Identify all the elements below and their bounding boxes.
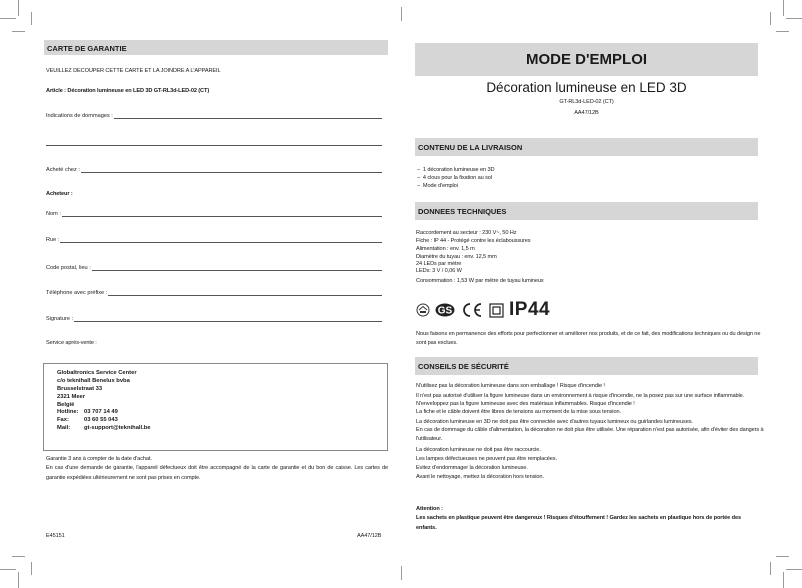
tuv-icon [416,303,430,317]
safety-item: N'utilisez pas la décoration lumineuse d… [416,382,786,390]
product-code: AA47/12B [415,109,758,117]
spec-item: Diamètre du tuyau : env. 12,5 mm [416,253,544,261]
svg-text:GS: GS [438,306,453,317]
after-sales-label: Service après-vente : [46,339,97,347]
ce-mark-icon [460,302,484,318]
hotline-value: 03 707 14 49 [84,408,118,416]
guarantee-conditions: En cas d'une demande de garantie, l'appa… [46,463,388,483]
delivery-item: – 1 décoration lumineuse en 3D [417,166,494,174]
safety-item: Il n'est pas autorisé d'utiliser la figu… [416,392,786,400]
safety-item: La décoration lumineuse ne doit pas être… [416,446,786,454]
product-model: GT-RL3d-LED-02 (CT) [415,98,758,106]
design-disclaimer: Nous faisons en permanence des efforts p… [416,330,761,347]
footer-article-code: E45151 [46,532,65,540]
spec-list: Raccordement au secteur : 230 V~, 50 Hz … [416,229,544,285]
delivery-item: – Mode d'emploi [417,182,494,190]
spec-item: Consommation : 1,53 W par mètre de tuyau… [416,277,544,285]
safety-heading: CONSEILS DE SÉCURITÉ [415,357,758,375]
spec-item: Raccordement au secteur : 230 V~, 50 Hz [416,229,544,237]
manual-page: MODE D'EMPLOI Décoration lumineuse en LE… [400,0,802,588]
class-ii-icon [489,303,504,318]
safety-item: La fiche et le câble doivent être libres… [416,408,786,416]
name-label: Nom : [46,211,61,217]
buyer-heading: Acheteur : [46,190,73,198]
signature-field[interactable]: Signature : [46,315,382,322]
service-line: Brusselstraat 33 [57,385,151,393]
safety-item: Avant le nettoyage, mettez la décoration… [416,473,786,481]
signature-label: Signature : [46,316,73,322]
certification-icons: GS IP44 [416,299,550,321]
phone-label: Téléphone avec préfixe : [46,290,107,296]
warranty-card-page: CARTE DE GARANTIE VEUILLEZ DECOUPER CETT… [0,0,400,588]
service-line: Globaltronics Service Center [57,369,151,377]
fax-value: 03 60 55 043 [84,416,118,424]
spec-item: LEDs: 3 V / 0,06 W [416,268,544,275]
technical-heading: DONNEES TECHNIQUES [415,202,758,220]
street-field[interactable]: Rue : [46,236,382,243]
street-label: Rue : [46,237,59,243]
attention-text: Les sachets en plastique peuvent être da… [416,513,761,533]
safety-item: En cas de dommage du câble d'alimentatio… [416,426,786,444]
fax-label: Fax: [57,416,84,424]
postal-label: Code postal, lieu : [46,265,91,271]
mail-row: Mail: gt-support@teknihall.be [57,424,151,432]
manual-heading: MODE D'EMPLOI [415,43,758,76]
product-title: Décoration lumineuse en LED 3D [415,80,758,95]
damages-label: Indications de dommages : [46,113,113,119]
safety-item: Evitez d'endommager la décoration lumine… [416,464,786,472]
safety-item: La décoration lumineuse en 3D ne doit pa… [416,418,786,426]
cut-instruction: VEUILLEZ DECOUPER CETTE CARTE ET LA JOIN… [46,67,221,75]
damages-field[interactable]: Indications de dommages : [46,112,382,119]
safety-item: Les lampes défectueuses ne peuvent pas ê… [416,455,786,463]
fax-row: Fax: 03 60 55 043 [57,416,151,424]
article-line: Article : Décoration lumineuse en LED 3D… [46,87,209,95]
safety-item: N'enveloppez pas la figure lumineuse ave… [416,400,786,408]
safety-list: N'utilisez pas la décoration lumineuse d… [416,382,786,481]
hotline-label: Hotline: [57,408,84,416]
phone-field[interactable]: Téléphone avec préfixe : [46,289,382,296]
bought-at-label: Acheté chez : [46,167,80,173]
service-center-box: Globaltronics Service Center c/o tekniha… [43,363,388,451]
footer-batch-code: AA47/12B [357,532,381,540]
bought-at-field[interactable]: Acheté chez : [46,166,382,173]
ip-rating-label: IP44 [509,299,550,321]
service-line: c/o teknihall Benelux bvba [57,377,151,385]
gs-mark-icon: GS [435,303,455,317]
attention-label: Attention : [416,505,443,513]
guarantee-duration: Garantie 3 ans à compter de la date d'ac… [46,455,152,463]
postal-field[interactable]: Code postal, lieu : [46,264,382,271]
delivery-heading: CONTENU DE LA LIVRAISON [415,138,758,156]
mail-label: Mail: [57,424,84,432]
spec-item: Alimentation : env. 1,5 m [416,245,544,253]
service-line: 2321 Meer [57,393,151,401]
name-field[interactable]: Nom : [46,210,382,217]
delivery-list: – 1 décoration lumineuse en 3D – 4 clous… [417,166,494,190]
damages-field-line-2[interactable] [46,139,382,146]
mail-value[interactable]: gt-support@teknihall.be [84,424,151,432]
spec-item: 24 LEDs par mètre [416,261,544,268]
delivery-item: – 4 clous pour la fixation au sol [417,174,494,182]
spec-item: Fiche : IP 44 - Protégé contre les éclab… [416,237,544,245]
hotline-row: Hotline: 03 707 14 49 [57,408,151,416]
warranty-card-heading: CARTE DE GARANTIE [44,40,388,55]
